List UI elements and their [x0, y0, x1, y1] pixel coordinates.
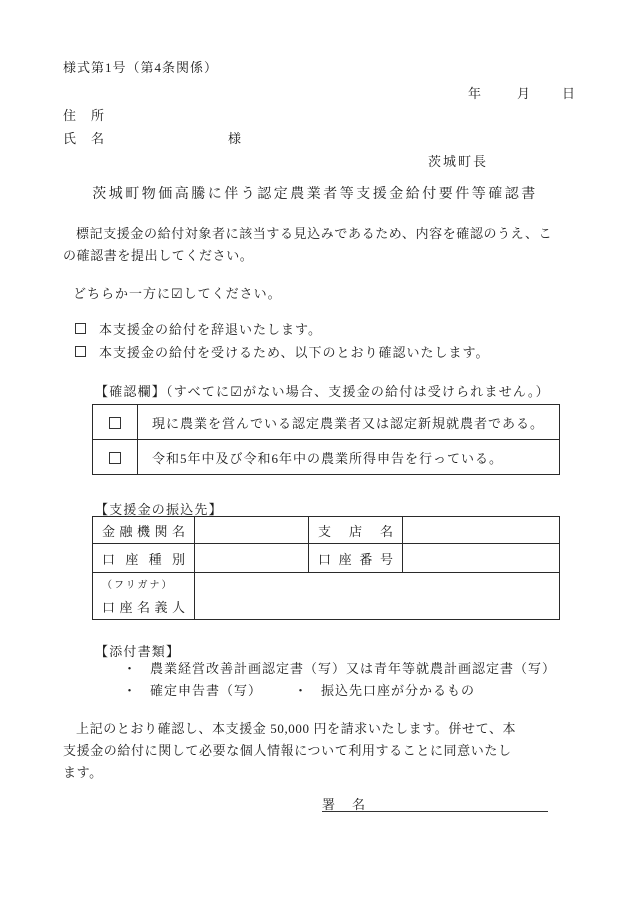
confirmation-heading: 【確認欄】（すべてに☑がない場合、支援金の給付は受けられません。） — [95, 381, 550, 400]
intro-paragraph: 標記支援金の給付対象者に該当する見込みであるため、内容を確認のうえ、こ の確認書… — [63, 223, 573, 267]
accept-checkbox[interactable] — [75, 346, 86, 357]
date-year-label: 年 — [468, 83, 481, 102]
confirmation-table: 現に農業を営んでいる認定農業者又は認定新規就農者である。 令和5年中及び令和6年… — [92, 404, 560, 475]
attachment-item-2: ・ 確定申告書（写） ・ 振込先口座が分かるもの — [123, 683, 475, 698]
attachment-item-1: ・ 農業経営改善計画認定書（写）又は青年等就農計画認定書（写） — [123, 661, 556, 676]
bank-table-row-1: 金融機関名 支店名 — [93, 517, 560, 544]
choice-decline: 本支援金の給付を辞退いたします。 — [75, 319, 322, 338]
confirmation-row-1-checkbox-cell — [93, 405, 138, 440]
confirmation-row-2-checkbox-cell — [93, 440, 138, 475]
account-holder-label-cell: （フリガナ） 口座名義人 — [93, 573, 195, 620]
intro-line-2: の確認書を提出してください。 — [63, 245, 573, 267]
page-title: 茨城町物価高騰に伴う認定農業者等支援金給付要件等確認書 — [0, 183, 630, 203]
accept-label: 本支援金の給付を受けるため、以下のとおり確認いたします。 — [99, 342, 489, 361]
bank-name-field[interactable] — [195, 517, 309, 544]
signature-label: 署 名 — [322, 797, 367, 812]
form-number: 様式第1号（第4条関係） — [63, 57, 218, 76]
date-month-label: 月 — [517, 83, 530, 102]
bank-name-label: 金融機関名 — [93, 517, 195, 544]
branch-name-field[interactable] — [403, 517, 560, 544]
account-holder-field[interactable] — [195, 573, 560, 620]
bullet-icon: ・ — [123, 661, 136, 676]
bank-table-row-3: （フリガナ） 口座名義人 — [93, 573, 560, 620]
account-holder-label: 口座名義人 — [102, 597, 185, 616]
closing-line-3: ます。 — [63, 762, 573, 784]
decline-label: 本支援金の給付を辞退いたします。 — [99, 319, 322, 338]
closing-paragraph: 上記のとおり確認し、本支援金 50,000 円を請求いたします。併せて、本 支援… — [63, 718, 573, 784]
attachment-item-3-text: 振込先口座が分かるもの — [321, 683, 475, 698]
signature-line[interactable]: 署 名 — [322, 794, 548, 812]
check-instruction: どちらか一方に☑してください。 — [73, 283, 282, 302]
confirmation-row-1-text: 現に農業を営んでいる認定農業者又は認定新規就農者である。 — [138, 405, 560, 440]
bullet-icon: ・ — [294, 683, 307, 698]
decline-checkbox[interactable] — [75, 323, 86, 334]
account-type-field[interactable] — [195, 544, 309, 573]
honorific-label: 様 — [228, 128, 242, 147]
recipient-mayor: 茨城町長 — [428, 151, 488, 170]
document-page: 様式第1号（第4条関係） 年 月 日 住 所 氏 名 様 茨城町長 茨城町物価高… — [0, 0, 630, 903]
bank-transfer-table: 金融機関名 支店名 口座種別 口座番号 （フリガナ） 口座名義人 — [92, 516, 560, 620]
attachment-item-1-text: 農業経営改善計画認定書（写）又は青年等就農計画認定書（写） — [150, 661, 556, 676]
confirmation-row-1-checkbox[interactable] — [109, 417, 121, 429]
confirmation-row-1: 現に農業を営んでいる認定農業者又は認定新規就農者である。 — [93, 405, 560, 440]
attachment-item-2-text: 確定申告書（写） — [150, 683, 262, 698]
choice-accept: 本支援金の給付を受けるため、以下のとおり確認いたします。 — [75, 342, 489, 361]
furigana-label: （フリガナ） — [102, 576, 185, 591]
closing-line-2: 支援金の給付に関して必要な個人情報について利用することに同意いたし — [63, 740, 573, 762]
account-type-label: 口座種別 — [93, 544, 195, 573]
bank-table-row-2: 口座種別 口座番号 — [93, 544, 560, 573]
intro-line-1: 標記支援金の給付対象者に該当する見込みであるため、内容を確認のうえ、こ — [63, 223, 573, 245]
account-number-label: 口座番号 — [309, 544, 403, 573]
bullet-icon: ・ — [123, 683, 136, 698]
confirmation-row-2-text: 令和5年中及び令和6年中の農業所得申告を行っている。 — [138, 440, 560, 475]
address-label: 住 所 — [63, 105, 105, 124]
account-number-field[interactable] — [403, 544, 560, 573]
closing-line-1: 上記のとおり確認し、本支援金 50,000 円を請求いたします。併せて、本 — [63, 718, 573, 740]
confirmation-row-2-checkbox[interactable] — [109, 452, 121, 464]
name-label: 氏 名 — [63, 128, 105, 147]
attachments-heading: 【添付書類】 — [95, 641, 180, 660]
branch-name-label: 支店名 — [309, 517, 403, 544]
confirmation-row-2: 令和5年中及び令和6年中の農業所得申告を行っている。 — [93, 440, 560, 475]
date-day-label: 日 — [562, 83, 575, 102]
